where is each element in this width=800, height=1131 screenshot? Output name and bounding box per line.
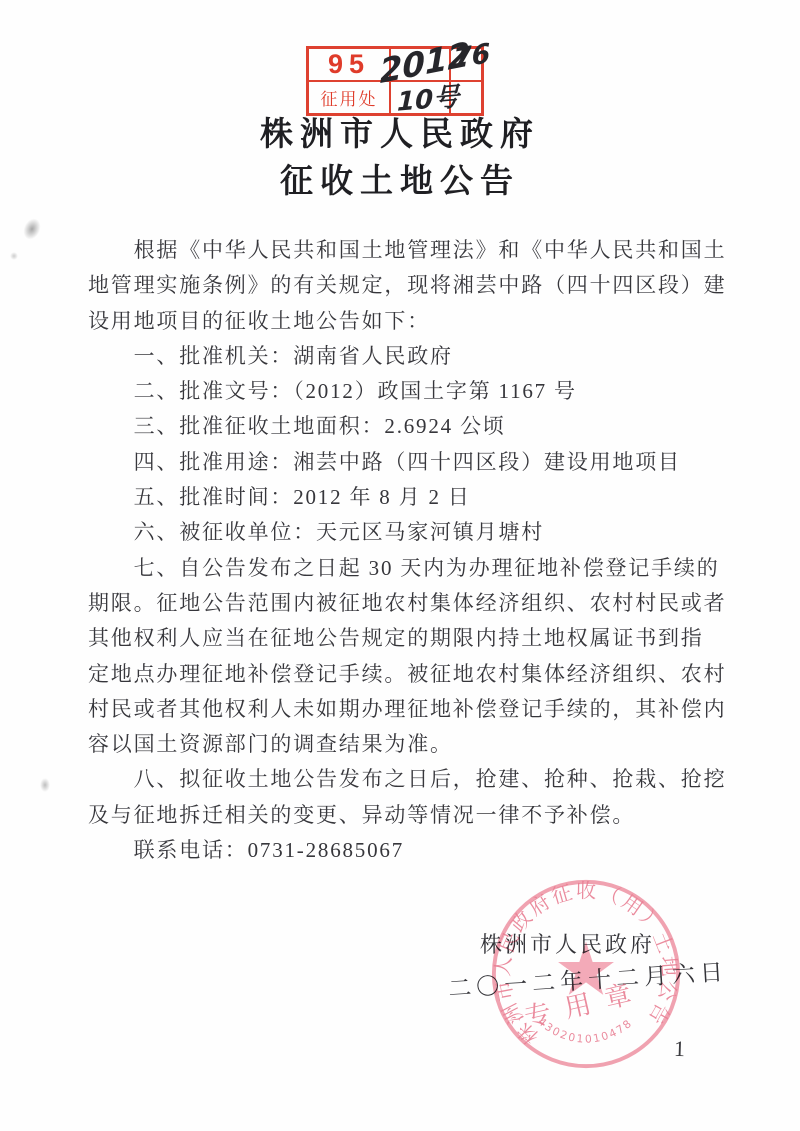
body-line: 设用地项目的征收土地公告如下：	[88, 304, 728, 339]
stamp-printed-number: 95	[328, 49, 370, 80]
scanned-document-page: 95 征用处 2012 76 10号 株洲市人民政府 征收土地公告 根据《中华人…	[0, 0, 800, 1131]
stamp-printed-office: 征用处	[321, 85, 378, 110]
body-line: 及与征地拆迁相关的变更、异动等情况一律不予补偿。	[88, 798, 728, 833]
body-line: 联系电话：0731-28685067	[88, 833, 728, 868]
title-line-1: 株洲市人民政府	[0, 112, 800, 159]
page-number: 1	[674, 1036, 686, 1062]
official-seal: 株洲市人民政府征收（用）土地公告 专用章 4302010104788	[488, 876, 684, 1072]
scan-smudge	[10, 252, 18, 260]
body-line: 七、自公告发布之日起 30 天内为办理征地补偿登记手续的	[88, 551, 728, 586]
body-line: 容以国土资源部门的调查结果为准。	[88, 727, 728, 762]
body-line: 其他权利人应当在征地公告规定的期限内持土地权属证书到指	[88, 621, 728, 656]
body-line: 根据《中华人民共和国土地管理法》和《中华人民共和国土	[88, 233, 728, 268]
body-line: 地管理实施条例》的有关规定，现将湘芸中路（四十四区段）建	[88, 268, 728, 303]
title-line-2: 征收土地公告	[0, 159, 800, 206]
document-title: 株洲市人民政府 征收土地公告	[0, 112, 800, 206]
body-line: 三、批准征收土地面积：2.6924 公顷	[88, 409, 728, 444]
body-line: 村民或者其他权利人未如期办理征地补偿登记手续的，其补偿内	[88, 692, 728, 727]
body-line: 定地点办理征地补偿登记手续。被征地农村集体经济组织、农村	[88, 657, 728, 692]
scan-smudge	[40, 778, 50, 792]
body-line: 六、被征收单位：天元区马家河镇月塘村	[88, 515, 728, 550]
body-line: 五、批准时间：2012 年 8 月 2 日	[88, 480, 728, 515]
document-body: 根据《中华人民共和国土地管理法》和《中华人民共和国土 地管理实施条例》的有关规定…	[88, 233, 728, 868]
handwritten-serial: 76	[453, 38, 491, 75]
registry-stamp: 95 征用处 2012 76 10号	[306, 46, 484, 116]
body-line: 八、拟征收土地公告发布之日后，抢建、抢种、抢栽、抢挖	[88, 762, 728, 797]
scan-smudge	[20, 216, 44, 243]
body-line: 一、批准机关：湖南省人民政府	[88, 339, 728, 374]
body-line: 期限。征地公告范围内被征地农村集体经济组织、农村村民或者	[88, 586, 728, 621]
body-line: 二、批准文号：（2012）政国土字第 1167 号	[88, 374, 728, 409]
body-line: 四、批准用途：湘芸中路（四十四区段）建设用地项目	[88, 445, 728, 480]
stamp-cell-office: 征用处	[309, 82, 391, 113]
